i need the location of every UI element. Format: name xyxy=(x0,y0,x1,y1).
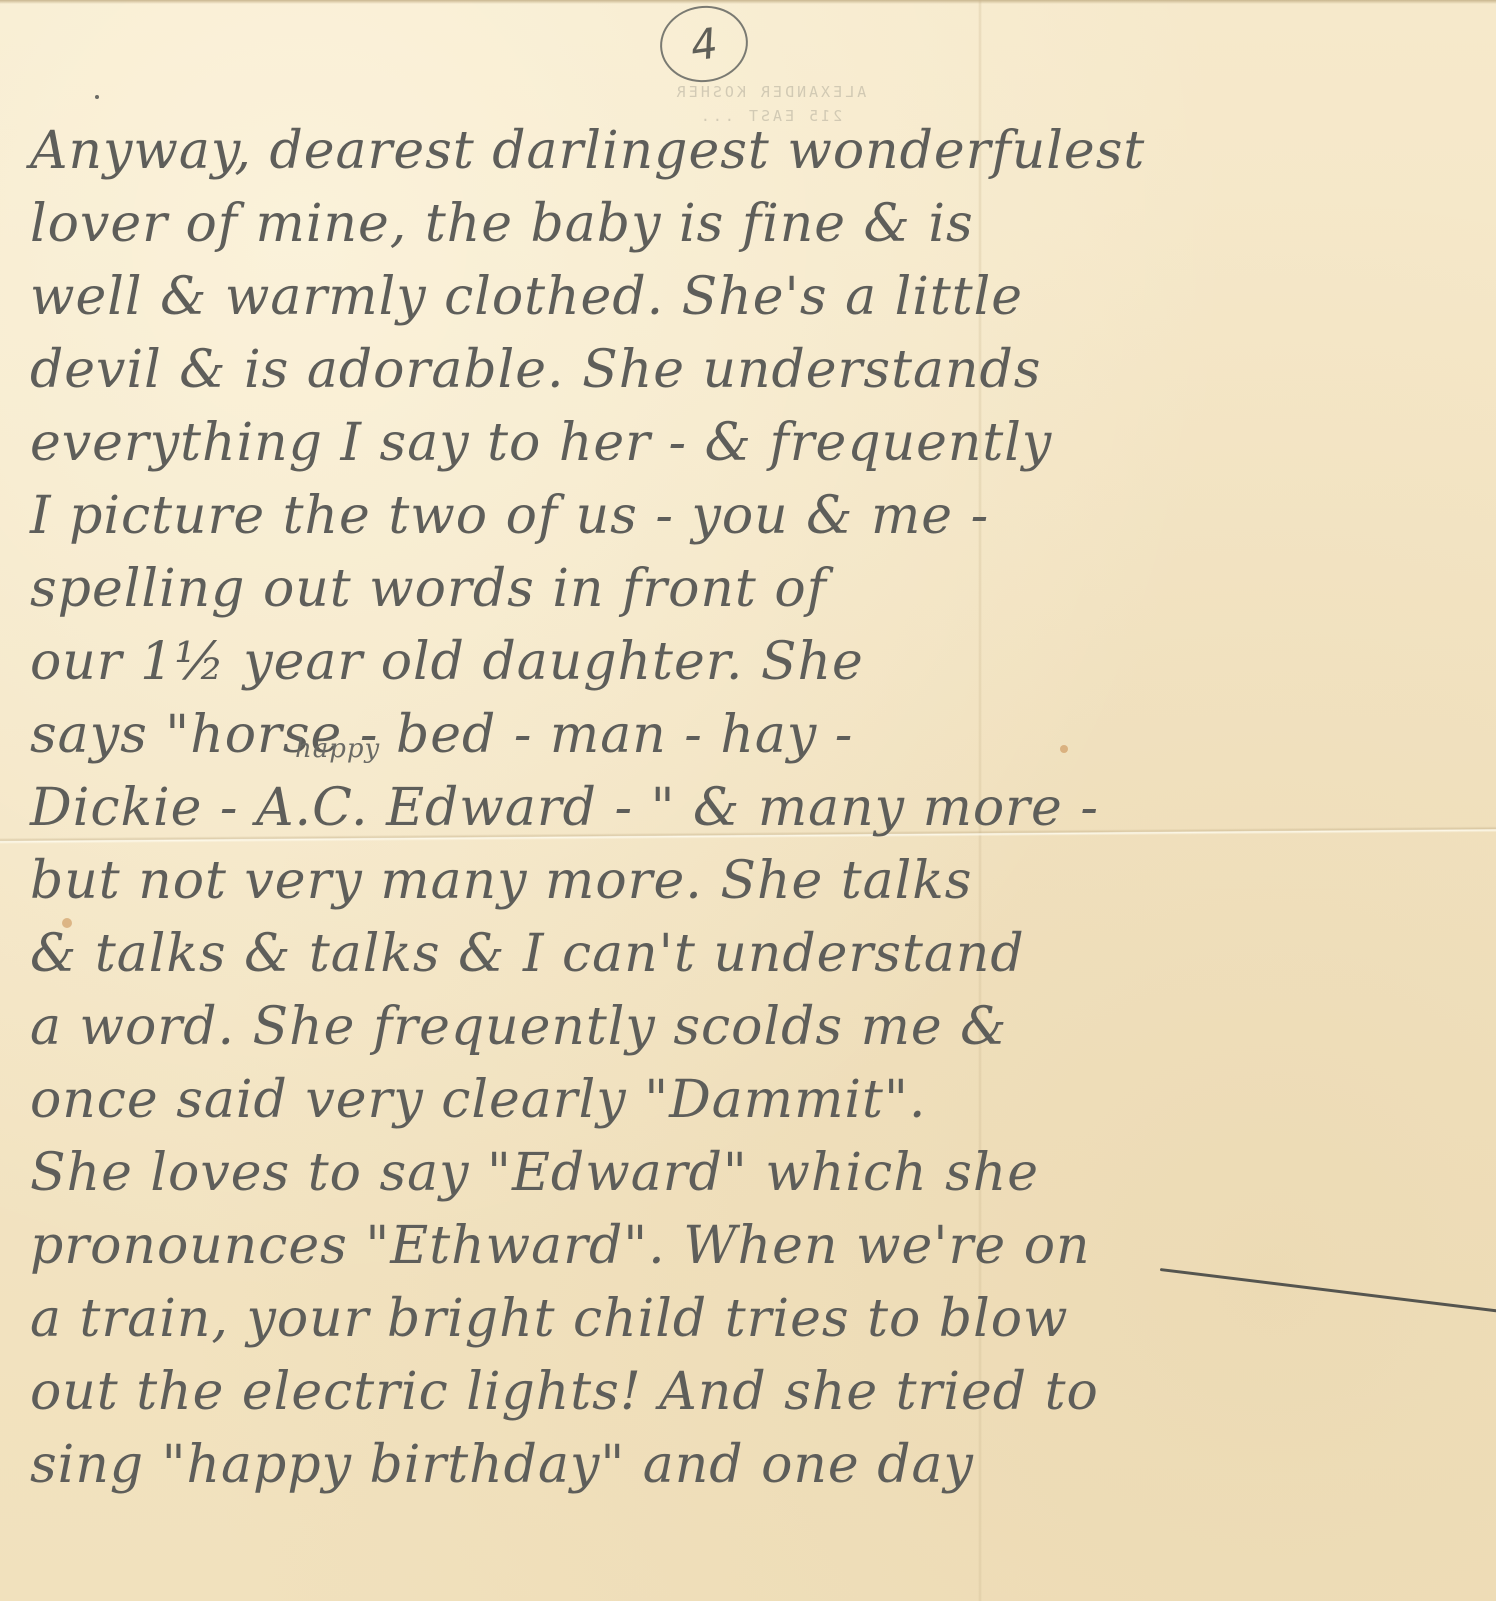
letter-line: sing "happy birthday" and one day xyxy=(30,1429,1470,1502)
paper-top-edge xyxy=(0,0,1496,4)
letter-body: Anyway, dearest darlingest wonderfulest … xyxy=(30,115,1470,1502)
letter-line: & talks & talks & I can't understand xyxy=(30,918,1470,991)
letter-line: once said very clearly "Dammit". xyxy=(30,1064,1470,1137)
letter-line: a train, your bright child tries to blow xyxy=(30,1283,1470,1356)
letter-line: I picture the two of us - you & me - xyxy=(30,480,1470,553)
letter-line: lover of mine, the baby is fine & is xyxy=(30,188,1470,261)
inserted-word: happy xyxy=(295,734,380,764)
letter-line: everything I say to her - & frequently xyxy=(30,407,1470,480)
letter-line: devil & is adorable. She understands xyxy=(30,334,1470,407)
letter-line-text: Dickie - A.C. Edward - " & many more - xyxy=(30,778,1099,838)
letter-line: but not very many more. She talks xyxy=(30,845,1470,918)
letter-line: well & warmly clothed. She's a little xyxy=(30,261,1470,334)
letter-line: pronounces "Ethward". When we're on xyxy=(30,1210,1470,1283)
letter-line: spelling out words in front of xyxy=(30,553,1470,626)
letter-line-with-insertion: happy Dickie - A.C. Edward - " & many mo… xyxy=(30,772,1470,845)
letter-line: out the electric lights! And she tried t… xyxy=(30,1356,1470,1429)
letter-line: a word. She frequently scolds me & xyxy=(30,991,1470,1064)
pencil-dot xyxy=(95,95,99,99)
letter-line: She loves to say "Edward" which she xyxy=(30,1137,1470,1210)
letter-line: our 1½ year old daughter. She xyxy=(30,626,1470,699)
letterhead-line-1: ALEXANDER KOSHER xyxy=(620,80,920,104)
page-number: 4 xyxy=(687,18,720,70)
letter-line: Anyway, dearest darlingest wonderfulest xyxy=(30,115,1470,188)
letter-line: says "horse - bed - man - hay - xyxy=(30,699,1470,772)
